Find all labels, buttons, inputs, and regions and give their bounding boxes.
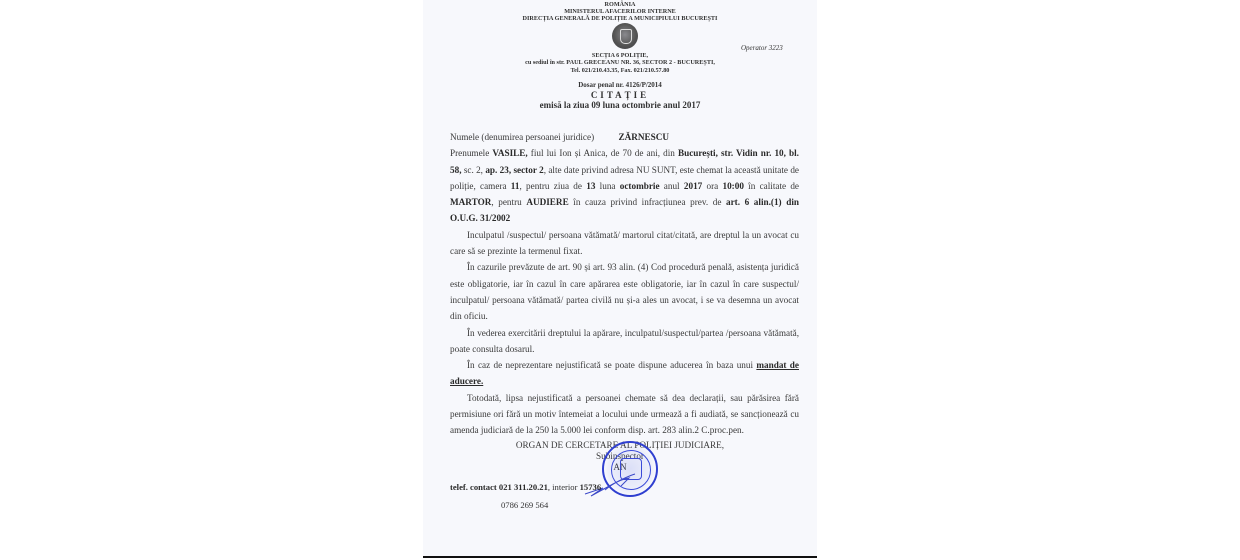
text: ora (702, 181, 722, 191)
police-emblem-icon (612, 23, 638, 49)
document-title: CITAȚIE (423, 91, 817, 100)
surname: ZĂRNESCU (618, 132, 669, 142)
operator-code: Operator 3223 (741, 44, 783, 52)
mobile-number: 0786 269 564 (501, 500, 548, 510)
name-line: Numele (denumirea persoanei juridice) ZĂ… (450, 129, 799, 145)
text: În caz de neprezentare nejustificată se … (467, 360, 756, 370)
text: , pentru (491, 197, 526, 207)
year: 2017 (684, 181, 702, 191)
fine-paragraph: Totodată, lipsa nejustificată a persoane… (450, 390, 799, 439)
section-address: cu sediul în str. PAUL GRECEANU NR. 36, … (423, 60, 817, 66)
text: în cauza privind infracțiunea prev. de (569, 197, 726, 207)
contact-line: telef. contact 021 311.20.21, interior 1… (450, 482, 601, 492)
header-directorate: DIRECȚIA GENERALĂ DE POLIȚIE A MUNICIPIU… (423, 16, 817, 22)
section-phone-fax: Tel. 021/210.43.35, Fax. 021/210.57.80 (423, 68, 817, 74)
purpose: AUDIERE (526, 197, 568, 207)
text: , pentru ziua de (519, 181, 586, 191)
text: anul (660, 181, 684, 191)
case-number: Dosar penal nr. 4126/P/2014 (423, 82, 817, 89)
page-edge (423, 556, 817, 558)
text: fiul lui Ion și Anica, de 70 de ani, din (528, 148, 678, 158)
apartment: ap. 23, sector 2 (485, 165, 543, 175)
interior-number: 15736 (580, 482, 601, 492)
text: luna (595, 181, 619, 191)
text: sc. 2, (461, 165, 485, 175)
contact-label: telef. contact (450, 482, 499, 492)
contact-number: 021 311.20.21 (499, 482, 548, 492)
month: octombrie (620, 181, 660, 191)
right-to-lawyer-paragraph: Inculpatul /suspectul/ persoana vătămată… (450, 227, 799, 260)
summons-paragraph: Prenumele VASILE, fiul lui Ion și Anica,… (450, 145, 799, 226)
text: Prenumele (450, 148, 492, 158)
consult-file-paragraph: În vederea exercitării dreptului la apăr… (450, 325, 799, 358)
role: MARTOR (450, 197, 491, 207)
interior-label: , interior (548, 482, 580, 492)
document-page: ROMÂNIA MINISTERUL AFACERILOR INTERNE DI… (423, 0, 817, 556)
document-body: Numele (denumirea persoanei juridice) ZĂ… (450, 129, 799, 439)
legal-assistance-paragraph: În cazurile prevăzute de art. 90 și art.… (450, 259, 799, 324)
hour: 10:00 (722, 181, 743, 191)
text: în calitate de (744, 181, 799, 191)
name-label: Numele (denumirea persoanei juridice) (450, 132, 594, 142)
issue-date: emisă la ziua 09 luna octombrie anul 201… (423, 101, 817, 110)
warrant-paragraph: În caz de neprezentare nejustificată se … (450, 357, 799, 390)
first-name: VASILE, (492, 148, 527, 158)
